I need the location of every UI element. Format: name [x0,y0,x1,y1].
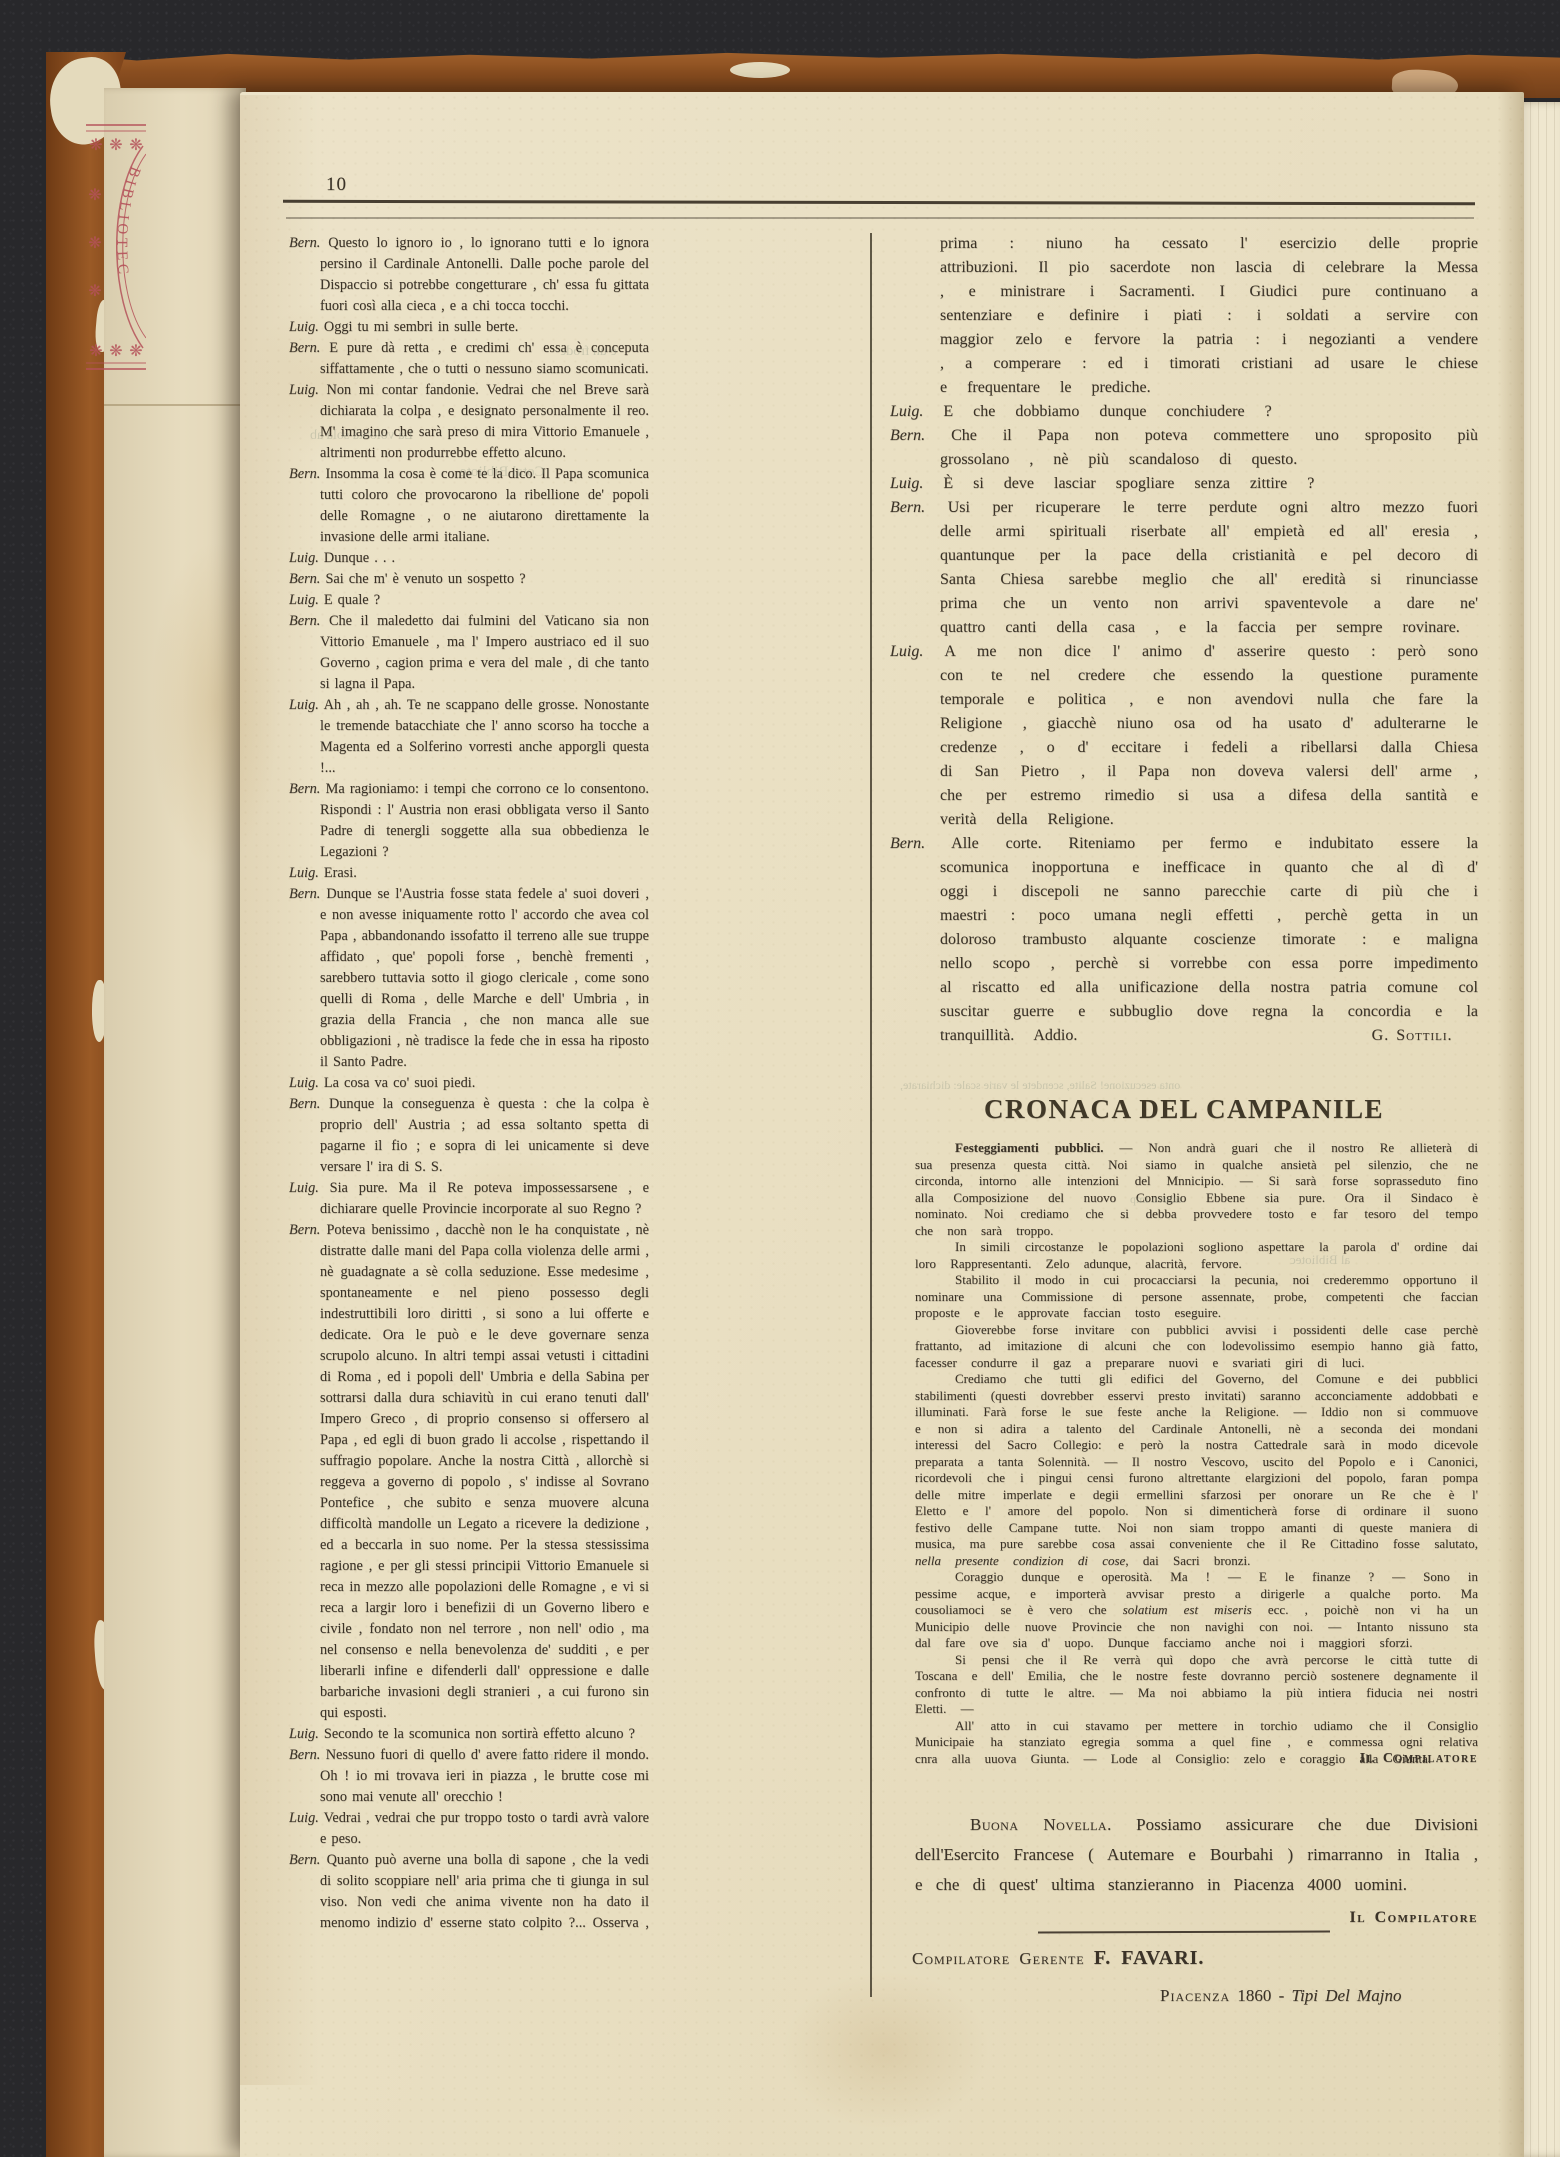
svg-text:❋: ❋ [89,343,102,360]
dialogue-entry: Bern. Ma ragioniamo: i tempi che corrono… [289,779,649,863]
dialogue-entry: Luig. È si deve lasciar spogliare senza … [890,472,1478,496]
speaker-label: Bern. [289,1096,320,1112]
svg-text:❋: ❋ [129,137,142,154]
cronaca-paragraph: Festeggiamenti pubblici. — Non andrà gua… [915,1140,1478,1239]
dialogue-entry: Bern. Insomma la cosa è come te la dico.… [289,464,649,548]
cronaca-paragraph: Coraggio dunque e operosità. Ma ! — E le… [915,1569,1478,1652]
svg-text:❋: ❋ [88,283,101,300]
cronaca-paragraph: All' atto in cui stavamo per mettere in … [915,1718,1478,1768]
dialogue-entry: Luig. Non mi contar fandonie. Vedrai che… [289,380,649,464]
svg-text:❋: ❋ [88,235,101,252]
left-column-dialogue: Bern. Questo lo ignoro io , lo ignorano … [289,233,649,1934]
cronaca-paragraph: Si pensi che il Re verrà quì dopo che av… [915,1652,1478,1718]
speaker-label: Luig. [890,403,923,420]
speaker-label: Bern. [289,571,320,587]
imprint-year: 1860 - [1237,1986,1284,2005]
cronaca-paragraph: In simili circostanze le popolazioni sog… [915,1239,1478,1272]
page-edge-shadow [1498,92,1524,2157]
scanned-book-photo: { "page_number": "10", "stamp": { "text"… [0,0,1560,2157]
dialogue-entry: Bern. Dunque la conseguenza è questa : c… [289,1094,649,1178]
dialogue-entry: Bern. Usi per ricuperare le terre perdut… [890,496,1478,640]
speaker-label: Luig. [289,1726,319,1742]
speaker-label: Bern. [289,340,320,356]
dialogue-entry: Luig. Oggi tu mi sembri in sulle berte. [289,317,649,338]
gerente-name: F. FAVARI. [1094,1947,1205,1969]
speaker-label: Luig. [289,382,319,398]
buona-novella-signoff: Il Compilatore [1295,1903,1479,1933]
dialogue-entry: Luig. Erasi. [289,863,649,884]
dialogue-entry: Bern. E pure dà retta , e credimi ch' es… [289,338,649,380]
speaker-label: Bern. [289,466,320,482]
dialogue-entry: Bern. Che il maledetto dai fulmini del V… [289,611,649,695]
book-cover-edge-top [46,50,1560,98]
dialogue-entry: Bern. Nessuno fuori di quello d' avere f… [289,1745,649,1808]
speaker-label: Luig. [289,1810,319,1826]
svg-text:❋: ❋ [88,187,101,204]
header-rule-thin [286,217,1474,219]
cronaca-paragraph: Gioverebbe forse invitare con pubblici a… [915,1322,1478,1372]
buona-novella-notice: Buona Novella. Possiamo assicurare che d… [915,1810,1478,1935]
column-divider-rule [870,233,872,1997]
svg-text:❋: ❋ [89,137,102,154]
buona-novella-lead: Buona Novella. [970,1815,1112,1834]
dialogue-entry: Luig. E che dobbiamo dunque conchiudere … [890,400,1478,424]
speaker-label: Luig. [289,550,319,566]
dialogue-entry: Bern. Sai che m' è venuto un sospetto ? [289,569,649,590]
speaker-label: Luig. [289,592,319,608]
speaker-label: Bern. [890,499,925,516]
article-signature: G. Sottili. [1422,1024,1478,1048]
flyleaf-page-edge [104,88,246,2157]
speaker-label: Bern. [289,613,320,629]
imprint-line: Piacenza 1860 - Tipi Del Majno [1160,1986,1401,2006]
dialogue-continuation: prima : niuno ha cessato l' esercizio de… [890,232,1478,400]
dialogue-entry: Bern. Dunque se l'Austria fosse stata fe… [289,884,649,1073]
dialogue-entry: Bern. Poteva benissimo , dacchè non le h… [289,1220,649,1724]
svg-text:❋: ❋ [109,343,122,360]
cronaca-paragraph: Stabilito il modo in cui procacciarsi la… [915,1272,1478,1322]
torn-paper-bit [730,62,790,78]
gerente-prefix: Compilatore Gerente [912,1949,1085,1968]
speaker-label: Bern. [289,1747,320,1763]
speaker-label: Luig. [289,319,319,335]
speaker-label: Bern. [289,781,320,797]
speaker-label: Luig. [289,697,319,713]
buona-novella-paragraph: Buona Novella. Possiamo assicurare che d… [915,1810,1478,1935]
dialogue-entry: Luig. A me non dice l' animo d' asserire… [890,640,1478,832]
dialogue-entry: Bern. Questo lo ignoro io , lo ignorano … [289,233,649,317]
dialogue-entry: Bern. Alle corte. Riteniamo per fermo e … [890,832,1478,1048]
library-stamp: ❋❋❋ ❋❋❋ ❋❋❋ BIBLIOTEC [86,120,146,374]
speaker-label: Bern. [289,1222,320,1238]
speaker-label: Bern. [289,1852,320,1868]
speaker-label: Bern. [890,835,925,852]
svg-text:❋: ❋ [109,137,122,154]
speaker-label: Bern. [890,427,925,444]
speaker-label: Luig. [289,865,319,881]
svg-text:❋: ❋ [129,343,142,360]
gerente-line: Compilatore Gerente F. FAVARI. [912,1947,1204,1970]
cronaca-section-title: CRONACA DEL CAMPANILE [890,1094,1478,1125]
speaker-label: Luig. [289,1180,319,1196]
dialogue-entry: Bern. Che il Papa non poteva commettere … [890,424,1478,472]
library-stamp-graphic: ❋❋❋ ❋❋❋ ❋❋❋ BIBLIOTEC [86,120,146,374]
page-number: 10 [326,174,347,196]
dialogue-entry: Luig. Secondo te la scomunica non sortir… [289,1724,649,1745]
speaker-label: Bern. [289,886,320,902]
dialogue-entry: Luig. Vedrai , vedrai che pur troppo tos… [289,1808,649,1850]
dialogue-entry: Luig. E quale ? [289,590,649,611]
paragraph-lead: Festeggiamenti pubblici. [955,1140,1103,1155]
stamp-text: BIBLIOTEC [113,164,143,278]
cronaca-signoff: Il Compilatore [1320,1751,1478,1768]
dialogue-entry: Bern. Quanto può averne una bolla di sap… [289,1850,649,1934]
dialogue-entry: Luig. Ah , ah , ah. Te ne scappano delle… [289,695,649,779]
cronaca-paragraph: Crediamo che tutti gli edifici del Gover… [915,1371,1478,1569]
dialogue-entry: Luig. Dunque . . . [289,548,649,569]
imprint-place: Piacenza [1160,1986,1230,2005]
speaker-label: Luig. [890,475,923,492]
speaker-label: Luig. [289,1075,319,1091]
imprint-printer: Tipi Del Majno [1292,1986,1402,2005]
pinked-edge [104,404,246,406]
cronaca-section-body: Festeggiamenti pubblici. — Non andrà gua… [915,1140,1478,1812]
speaker-label: Bern. [289,235,320,251]
svg-text:BIBLIOTEC: BIBLIOTEC [113,164,143,278]
dialogue-entry: Luig. La cosa va co' suoi piedi. [289,1073,649,1094]
dialogue-entry: Luig. Sia pure. Ma il Re poteva imposses… [289,1178,649,1220]
speaker-label: Luig. [890,643,923,660]
right-column-dialogue: prima : niuno ha cessato l' esercizio de… [890,232,1478,1072]
